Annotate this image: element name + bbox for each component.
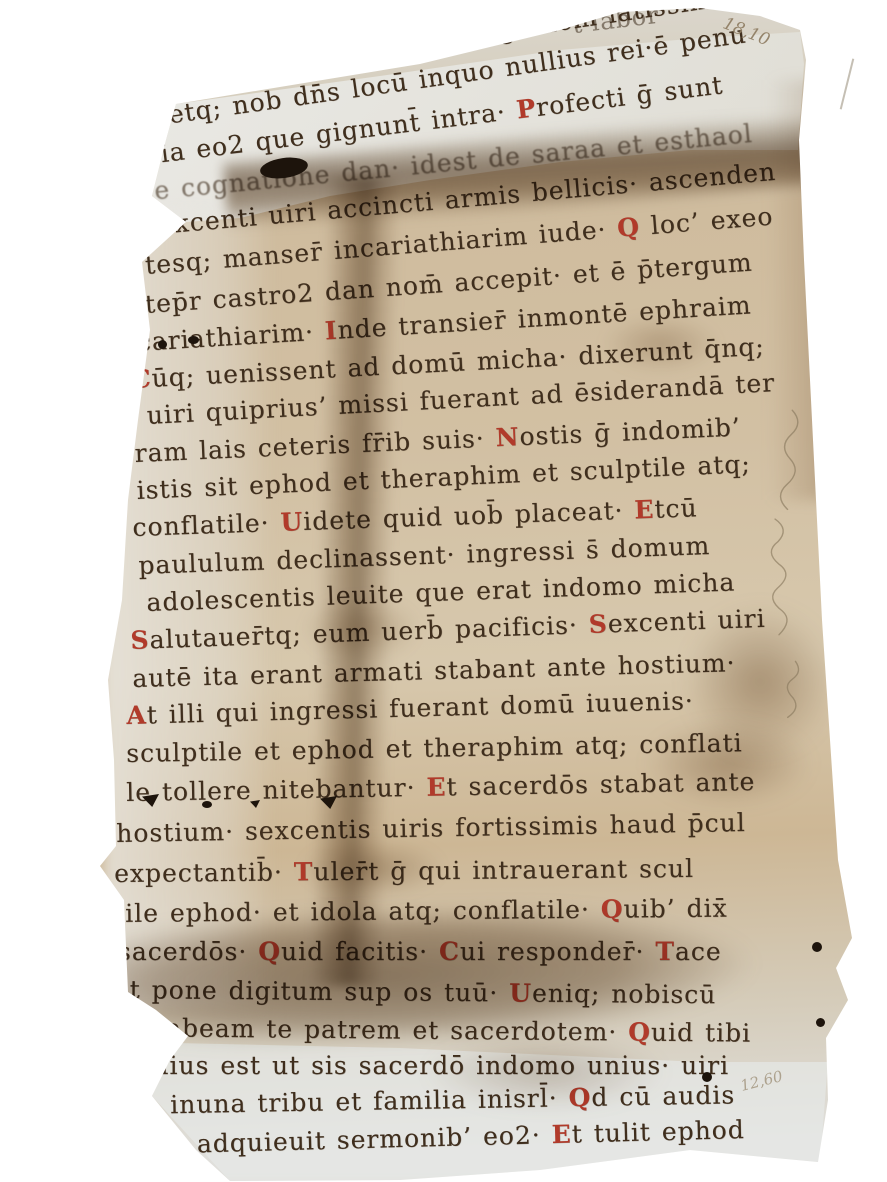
worm-hole (158, 340, 167, 349)
ink-text: alutauer̄tq; eum uerb̄ pacificis· (149, 610, 589, 654)
text-line: le tollere nitebantur· Et sacerdōs staba… (126, 767, 756, 807)
rubric-initial: E (551, 1120, 572, 1150)
ink-text: eniq; nobiscū (532, 979, 717, 1010)
text-line: sacerdōs· Quid facitis· Cui responder̄· … (118, 937, 722, 966)
rubric-initial: T (655, 937, 675, 966)
text-line: autē ita erant armati stabant ante hosti… (132, 648, 736, 693)
ink-text: sculptile et ephod et theraphim atq; con… (126, 728, 743, 768)
text-line: an inuna tribu et familia inisrl̄· Qd cū… (126, 1080, 735, 1120)
ink-text: uler̄t ḡ qui intrauerant scul (313, 854, 694, 886)
ink-text: expectantib̄· (114, 857, 294, 888)
ink-text: melius est ut sis sacerdō indomo unius· … (120, 1051, 729, 1080)
text-line: At illi qui ingressi fuerant domū iuueni… (126, 686, 694, 730)
rubric-initial: C (130, 364, 152, 394)
rubric-initial: C (439, 937, 460, 966)
ink-text: t illi qui ingressi fuerant domū iuuenis… (146, 686, 694, 729)
ink-text: hostium· sexcentis uiris fortissimis hau… (116, 808, 746, 848)
text-line: melius est ut sis sacerdō indomo unius· … (120, 1051, 729, 1080)
ink-text: uib’ dix̄ (623, 894, 727, 924)
rubric-initial: U (509, 978, 532, 1007)
rubric-initial: T (746, 0, 770, 8)
worm-hole (202, 801, 212, 808)
ink-text: excenti uiri (607, 604, 766, 638)
ink-text: tcū (654, 493, 698, 523)
rubric-initial: T (294, 857, 314, 886)
ink-text: idete quid uob̄ placeat· (303, 495, 635, 536)
ink-text: uid tibi (651, 1018, 751, 1048)
ink-text: ram lais ceteris fr̄ib suis· (134, 423, 496, 468)
parchment-leaf: t labor intrauim’ securo’ ad regionem la… (0, 0, 887, 1182)
stain-right-edge (768, 80, 830, 500)
ink-text: t tulit ephod (571, 1115, 745, 1149)
text-line: set· adquieuit sermonib’ eo2· Et tulit e… (136, 1115, 745, 1160)
ink-text: set· adquieuit sermonib’ eo2· (136, 1120, 552, 1160)
ink-text: ra (766, 0, 799, 5)
worm-hole (812, 942, 822, 952)
ink-text: t sacerdōs stabat ante (446, 767, 755, 801)
photo-canvas: t labor intrauim’ securo’ ad regionem la… (0, 0, 887, 1182)
stray-pen-mark (840, 59, 855, 110)
ink-text: ui responder̄· (460, 937, 655, 966)
ink-text: ut habeam te patrem et sacerdotem· (110, 1013, 629, 1047)
text-line: tile ephod· et idola atq; conflatile· Qu… (114, 894, 728, 928)
ink-text: cariathiarim· (136, 317, 326, 357)
rubric-initial: N (495, 422, 520, 452)
rubric-initial: Q (628, 1018, 651, 1047)
text-line: sculptile et ephod et theraphim atq; con… (126, 728, 743, 768)
ink-text: uid facitis· (281, 937, 439, 966)
rubric-initial: S (588, 609, 608, 639)
rubric-initial: E (426, 772, 447, 801)
ink-text: ostis ḡ indomib’ (519, 413, 742, 452)
ink-text: autē ita erant armati stabant ante hosti… (132, 648, 736, 693)
ink-text: et pone digitum sup os tuū· (114, 975, 510, 1007)
text-line: et pone digitum sup os tuū· Ueniq; nobis… (114, 975, 717, 1009)
worm-hole (188, 336, 199, 344)
ink-text: an inuna tribu et familia inisrl̄· (126, 1083, 569, 1120)
ink-text: conflatile· (132, 508, 281, 542)
ink-text: tile ephod· et idola atq; conflatile· (114, 895, 601, 928)
worm-hole (816, 1018, 825, 1027)
text-line: ut habeam te patrem et sacerdotem· Quid … (110, 1013, 751, 1048)
ink-text: ace (675, 937, 722, 966)
ink-text: sacerdōs· (118, 937, 258, 966)
text-line: expectantib̄· Tuler̄t ḡ qui intrauerant… (114, 854, 694, 888)
rubric-initial: Q (601, 895, 624, 924)
rubric-initial: S (130, 625, 150, 655)
worm-hole (702, 1072, 712, 1082)
rubric-initial: Q (616, 212, 641, 243)
rubric-initial: Q (568, 1083, 591, 1112)
rubric-initial: A (126, 700, 147, 730)
rubric-initial: Q (258, 937, 281, 966)
ink-text: loc’ exeo (639, 202, 775, 241)
text-line: hostium· sexcentis uiris fortissimis hau… (116, 808, 746, 848)
ink-text: rofecti ḡ sunt (534, 70, 724, 122)
rubric-initial: U (280, 507, 304, 537)
ink-text: le tollere nitebantur· (126, 773, 427, 807)
ink-text: d cū audis (591, 1080, 735, 1112)
rubric-initial: E (634, 495, 655, 525)
